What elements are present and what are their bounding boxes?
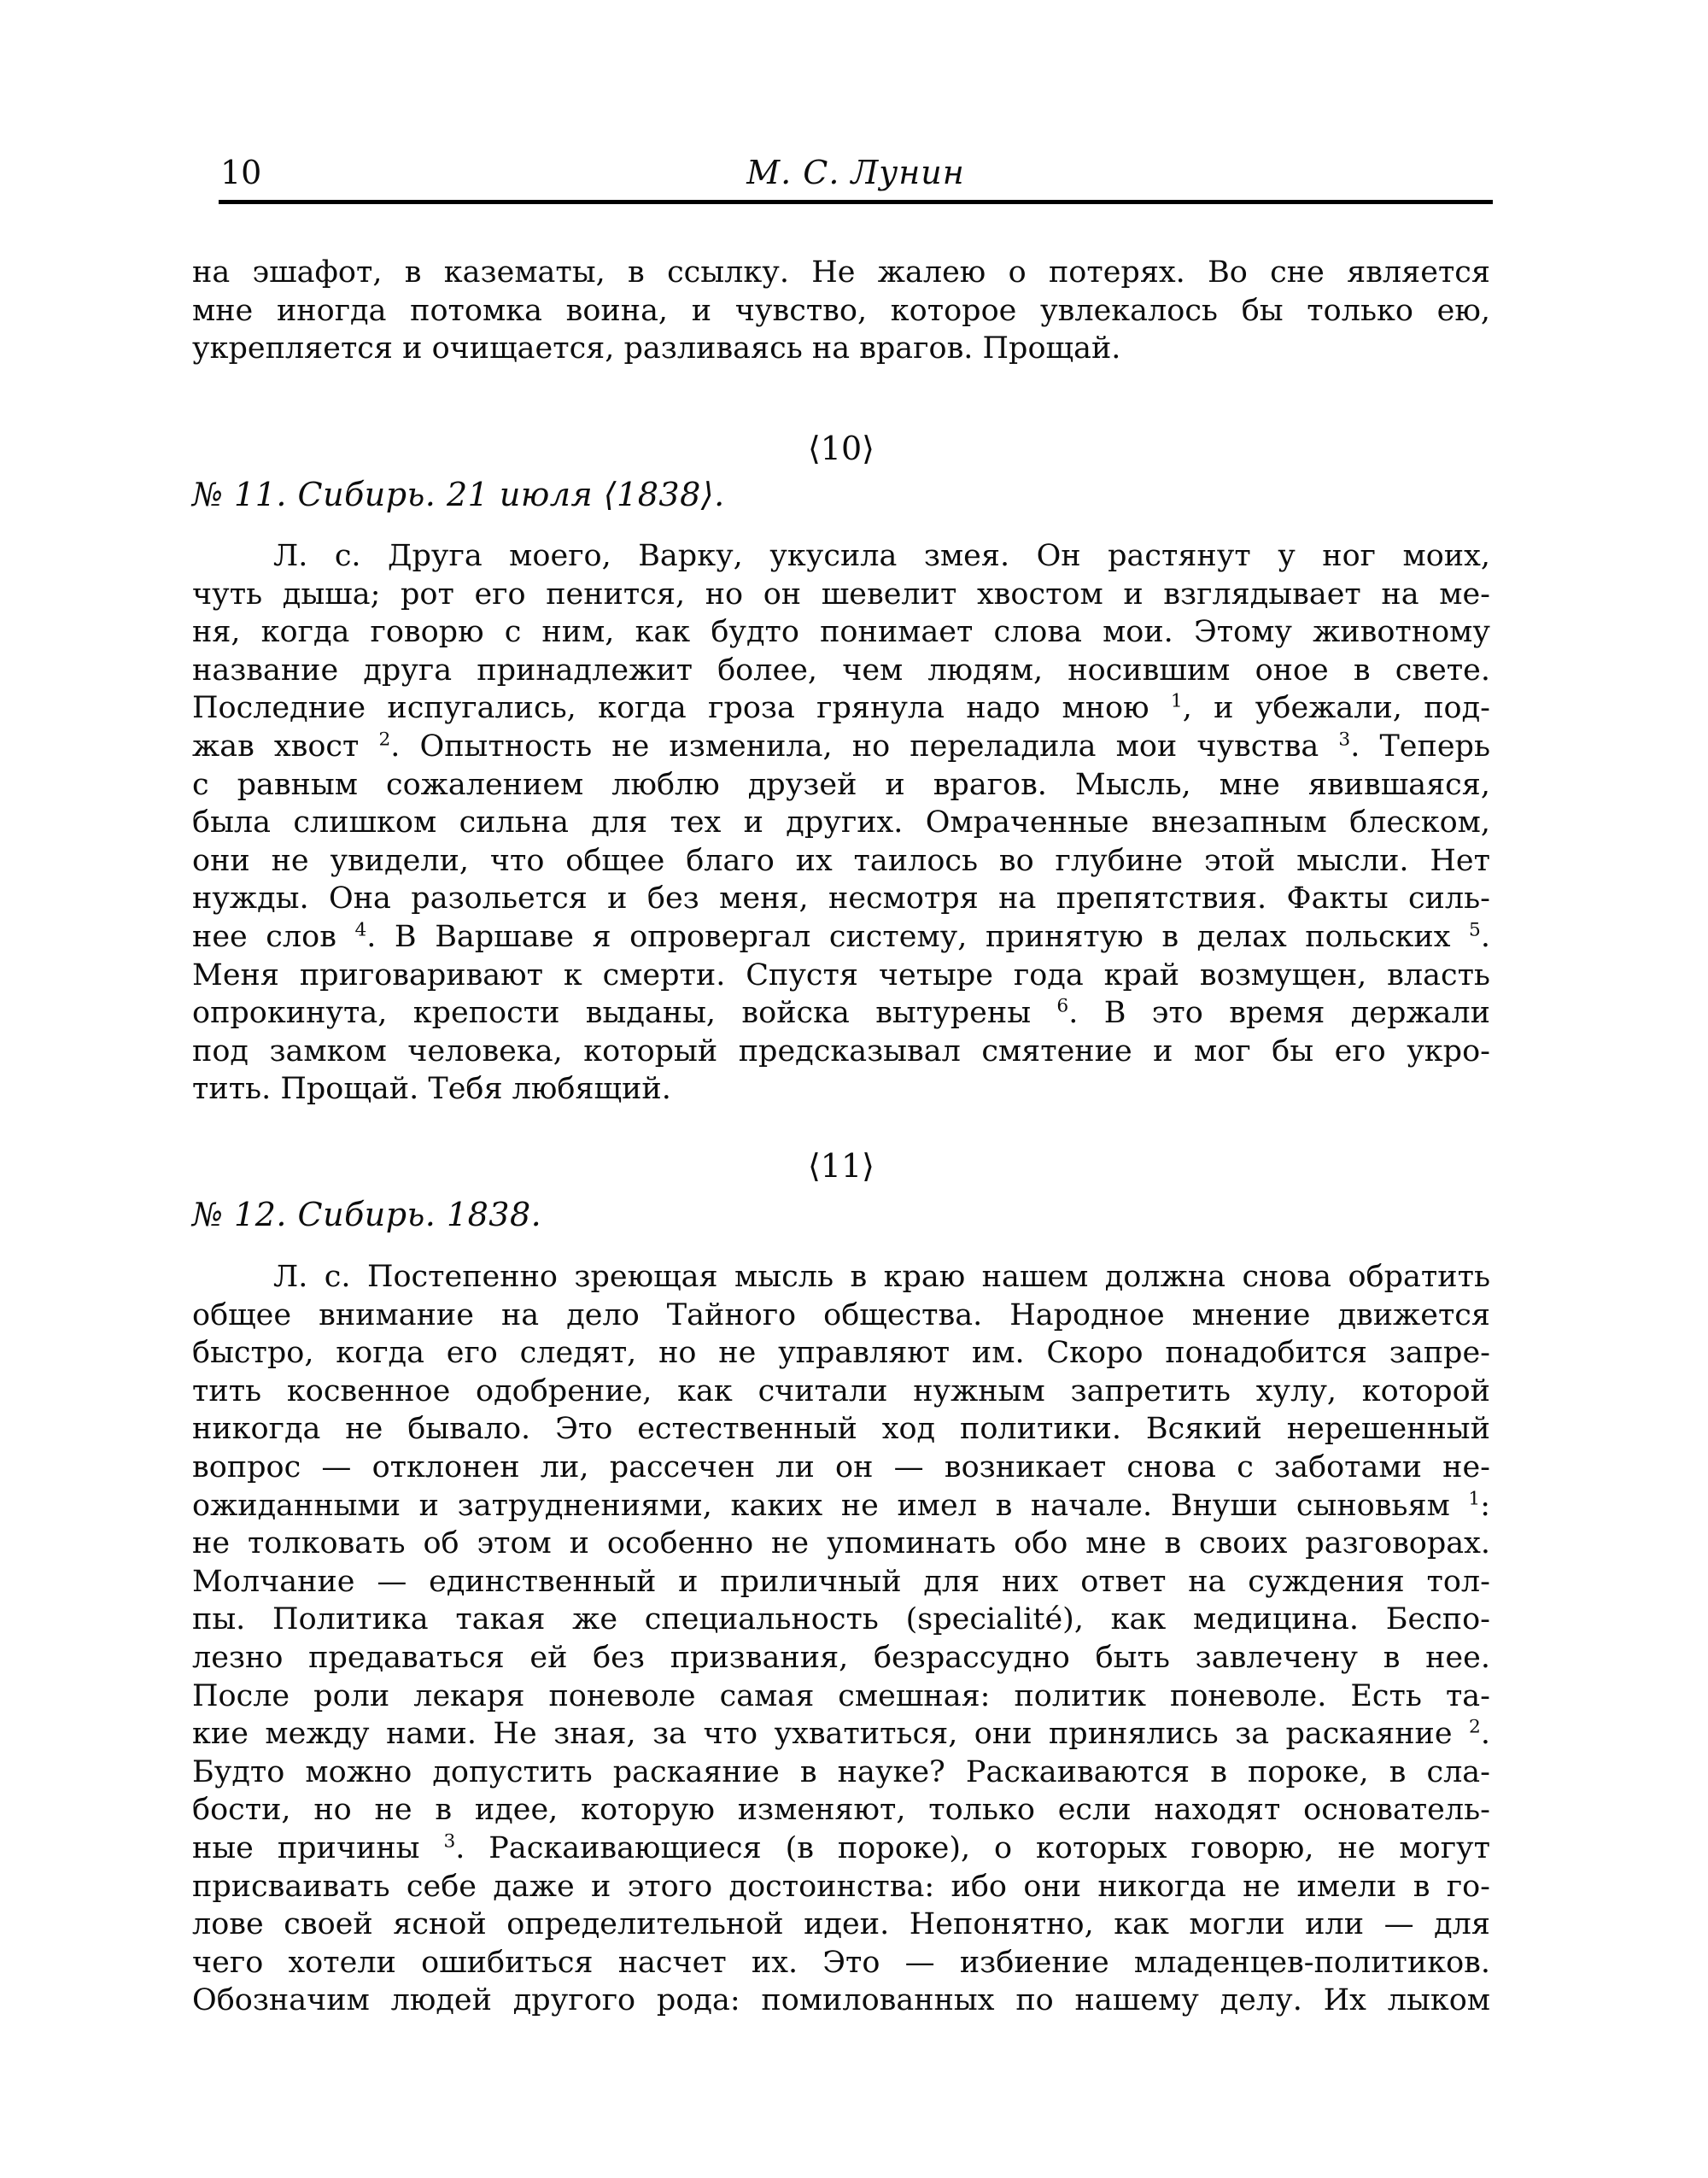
- letter-heading-no-12: № 12. Сибирь. 1838.: [192, 1196, 1490, 1233]
- letter-body-no-12: Л. с. Постепенно зреющая мысль в краю на…: [192, 1258, 1490, 2020]
- text-line: кие между нами. Не зная, за что ухватить…: [192, 1715, 1490, 1754]
- text-line: Л. с. Постепенно зреющая мысль в краю на…: [192, 1258, 1490, 1297]
- footnote-marker: 2: [1469, 1716, 1481, 1737]
- text-line: мне иногда потомка воина, и чувство, кот…: [192, 292, 1490, 331]
- text-line: жав хвост 2. Опытность не изменила, но п…: [192, 728, 1490, 766]
- text-line: ня, когда говорю с ним, как будто понима…: [192, 613, 1490, 652]
- text-line: была слишком сильна для тех и других. Ом…: [192, 804, 1490, 842]
- text-line: присваивать себе даже и этого достоинств…: [192, 1868, 1490, 1906]
- text-line: нужды. Она разольется и без меня, несмот…: [192, 880, 1490, 918]
- text-line: Будто можно допустить раскаяние в науке?…: [192, 1754, 1490, 1792]
- footnote-marker: 6: [1056, 995, 1068, 1016]
- text-line: лове своей ясной определительной идеи. Н…: [192, 1906, 1490, 1944]
- text-line: После роли лекаря поневоле самая смешная…: [192, 1677, 1490, 1716]
- section-marker-10: ⟨10⟩: [192, 430, 1490, 467]
- text-line: нее слов 4. В Варшаве я опровергал систе…: [192, 918, 1490, 957]
- section-marker-11: ⟨11⟩: [192, 1147, 1490, 1185]
- text-line: вопрос — отклонен ли, рассечен ли он — в…: [192, 1449, 1490, 1487]
- text-line: укрепляется и очищается, разливаясь на в…: [192, 330, 1490, 368]
- text-line: ные причины 3. Раскаивающиеся (в пороке)…: [192, 1830, 1490, 1868]
- text-line: лезно предаваться ей без призвания, безр…: [192, 1639, 1490, 1677]
- paragraph-letter-continuation: на эшафот, в казематы, в ссылку. Не жале…: [192, 254, 1490, 368]
- text-line: Л. с. Друга моего, Варку, укусила змея. …: [192, 537, 1490, 576]
- letter-body-no-11: Л. с. Друга моего, Варку, укусила змея. …: [192, 537, 1490, 1109]
- footnote-marker: 3: [443, 1830, 455, 1852]
- text-line: опрокинута, крепости выданы, войска выту…: [192, 994, 1490, 1033]
- footnote-marker: 1: [1468, 1488, 1480, 1509]
- header-rule: [219, 200, 1493, 204]
- text-line: общее внимание на дело Тайного общества.…: [192, 1297, 1490, 1335]
- text-line: бости, но не в идее, которую изменяют, т…: [192, 1791, 1490, 1830]
- footnote-marker: 4: [354, 919, 366, 940]
- text-line: Обозначим людей другого рода: помилованн…: [192, 1982, 1490, 2020]
- footnote-marker: 3: [1338, 729, 1350, 750]
- text-line: Молчание — единственный и приличный для …: [192, 1563, 1490, 1601]
- text-line: тить косвенное одобрение, как считали ну…: [192, 1373, 1490, 1411]
- footnote-marker: 5: [1469, 919, 1481, 940]
- text-line: никогда не бывало. Это естественный ход …: [192, 1410, 1490, 1449]
- running-head-title: М. С. Лунин: [219, 154, 1493, 191]
- text-line: чуть дыша; рот его пенится, но он шевели…: [192, 576, 1490, 614]
- text-line: пы. Политика такая же специальность (spe…: [192, 1601, 1490, 1639]
- text-line: Последние испугались, когда гроза грянул…: [192, 689, 1490, 728]
- text-line: название друга принадлежит более, чем лю…: [192, 652, 1490, 690]
- text-line: чего хотели ошибиться насчет их. Это — и…: [192, 1944, 1490, 1982]
- book-page: 10 М. С. Лунин на эшафот, в казематы, в …: [0, 0, 1708, 2178]
- text-line: ожиданными и затруднениями, каких не име…: [192, 1487, 1490, 1525]
- text-line: Меня приговаривают к смерти. Спустя четы…: [192, 957, 1490, 995]
- text-line: под замком человека, который предсказыва…: [192, 1033, 1490, 1071]
- text-line: тить. Прощай. Тебя любящий.: [192, 1070, 1490, 1109]
- letter-heading-no-11: № 11. Сибирь. 21 июля ⟨1838⟩.: [192, 476, 1490, 513]
- text-line: на эшафот, в казематы, в ссылку. Не жале…: [192, 254, 1490, 292]
- text-line: они не увидели, что общее благо их таило…: [192, 842, 1490, 881]
- text-line: с равным сожалением люблю друзей и враго…: [192, 766, 1490, 805]
- footnote-marker: 2: [378, 729, 390, 750]
- footnote-marker: 1: [1171, 691, 1183, 712]
- text-line: быстро, когда его следят, но не управляю…: [192, 1334, 1490, 1373]
- text-line: не толковать об этом и особенно не упоми…: [192, 1525, 1490, 1563]
